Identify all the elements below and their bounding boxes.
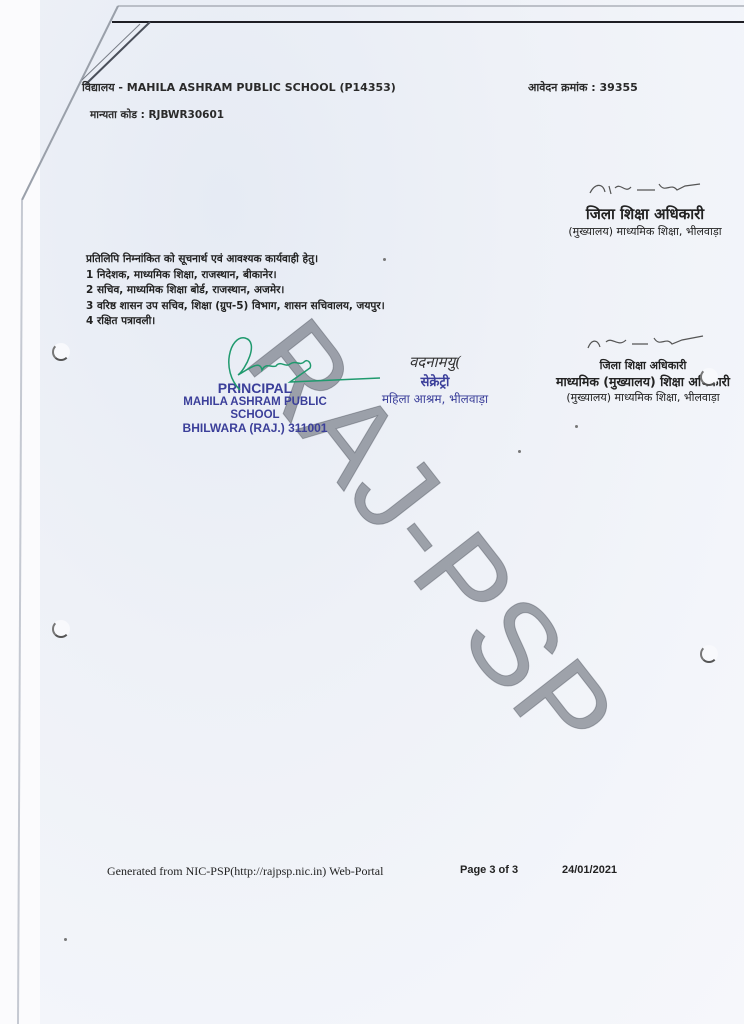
scan-speck — [64, 938, 67, 941]
principal-signature-icon — [200, 330, 380, 400]
scanned-page: विद्यालय - MAHILA ASHRAM PUBLIC SCHOOL (… — [0, 0, 744, 1024]
secretary-org: महिला आश्रम, भीलवाड़ा — [370, 390, 500, 407]
school-name: विद्यालय - MAHILA ASHRAM PUBLIC SCHOOL (… — [82, 80, 396, 95]
application-number: आवेदन क्रमांक : 39355 — [528, 80, 638, 95]
deo-title: जिला शिक्षा अधिकारी — [555, 204, 735, 224]
punch-hole — [52, 343, 70, 361]
punch-hole — [700, 645, 718, 663]
document-date: 24/01/2021 — [562, 864, 617, 876]
scan-speck — [383, 258, 386, 261]
recognition-code: मान्यता कोड : RJBWR30601 — [90, 108, 224, 122]
principal-address: BHILWARA (RAJ.) 311001 — [160, 422, 350, 435]
secretary-role: सेक्रेट्री — [370, 372, 500, 390]
handwritten-signature-icon — [578, 332, 708, 354]
generated-note: Generated from NIC-PSP(http://rajpsp.nic… — [107, 864, 383, 879]
secretary-signature: वदनामयु( — [370, 352, 500, 372]
copy-item: 2 सचिव, माध्यमिक शिक्षा बोर्ड, राजस्थान,… — [86, 283, 385, 299]
deo-signature-block-top: जिला शिक्षा अधिकारी (मुख्यालय) माध्यमिक … — [555, 178, 735, 239]
scan-speck — [518, 450, 521, 453]
copy-intro: प्रतिलिपि निम्नांकित को सूचनार्थ एवं आवश… — [86, 252, 385, 268]
principal-stamp: PRINCIPAL MAHILA ASHRAM PUBLIC SCHOOL BH… — [160, 330, 350, 435]
scan-speck — [575, 425, 578, 428]
scan-margin — [0, 0, 40, 1024]
secretary-stamp: वदनामयु( सेक्रेट्री महिला आश्रम, भीलवाड़… — [370, 352, 500, 407]
deo-line-3: (मुख्यालय) माध्यमिक शिक्षा, भीलवाड़ा — [543, 390, 743, 405]
punch-hole — [700, 368, 718, 386]
punch-hole — [52, 620, 70, 638]
copy-item: 1 निदेशक, माध्यमिक शिक्षा, राजस्थान, बीक… — [86, 268, 385, 284]
handwritten-signature-icon — [585, 178, 705, 200]
page-number: Page 3 of 3 — [460, 864, 518, 876]
deo-subtitle: (मुख्यालय) माध्यमिक शिक्षा, भीलवाड़ा — [555, 224, 735, 239]
